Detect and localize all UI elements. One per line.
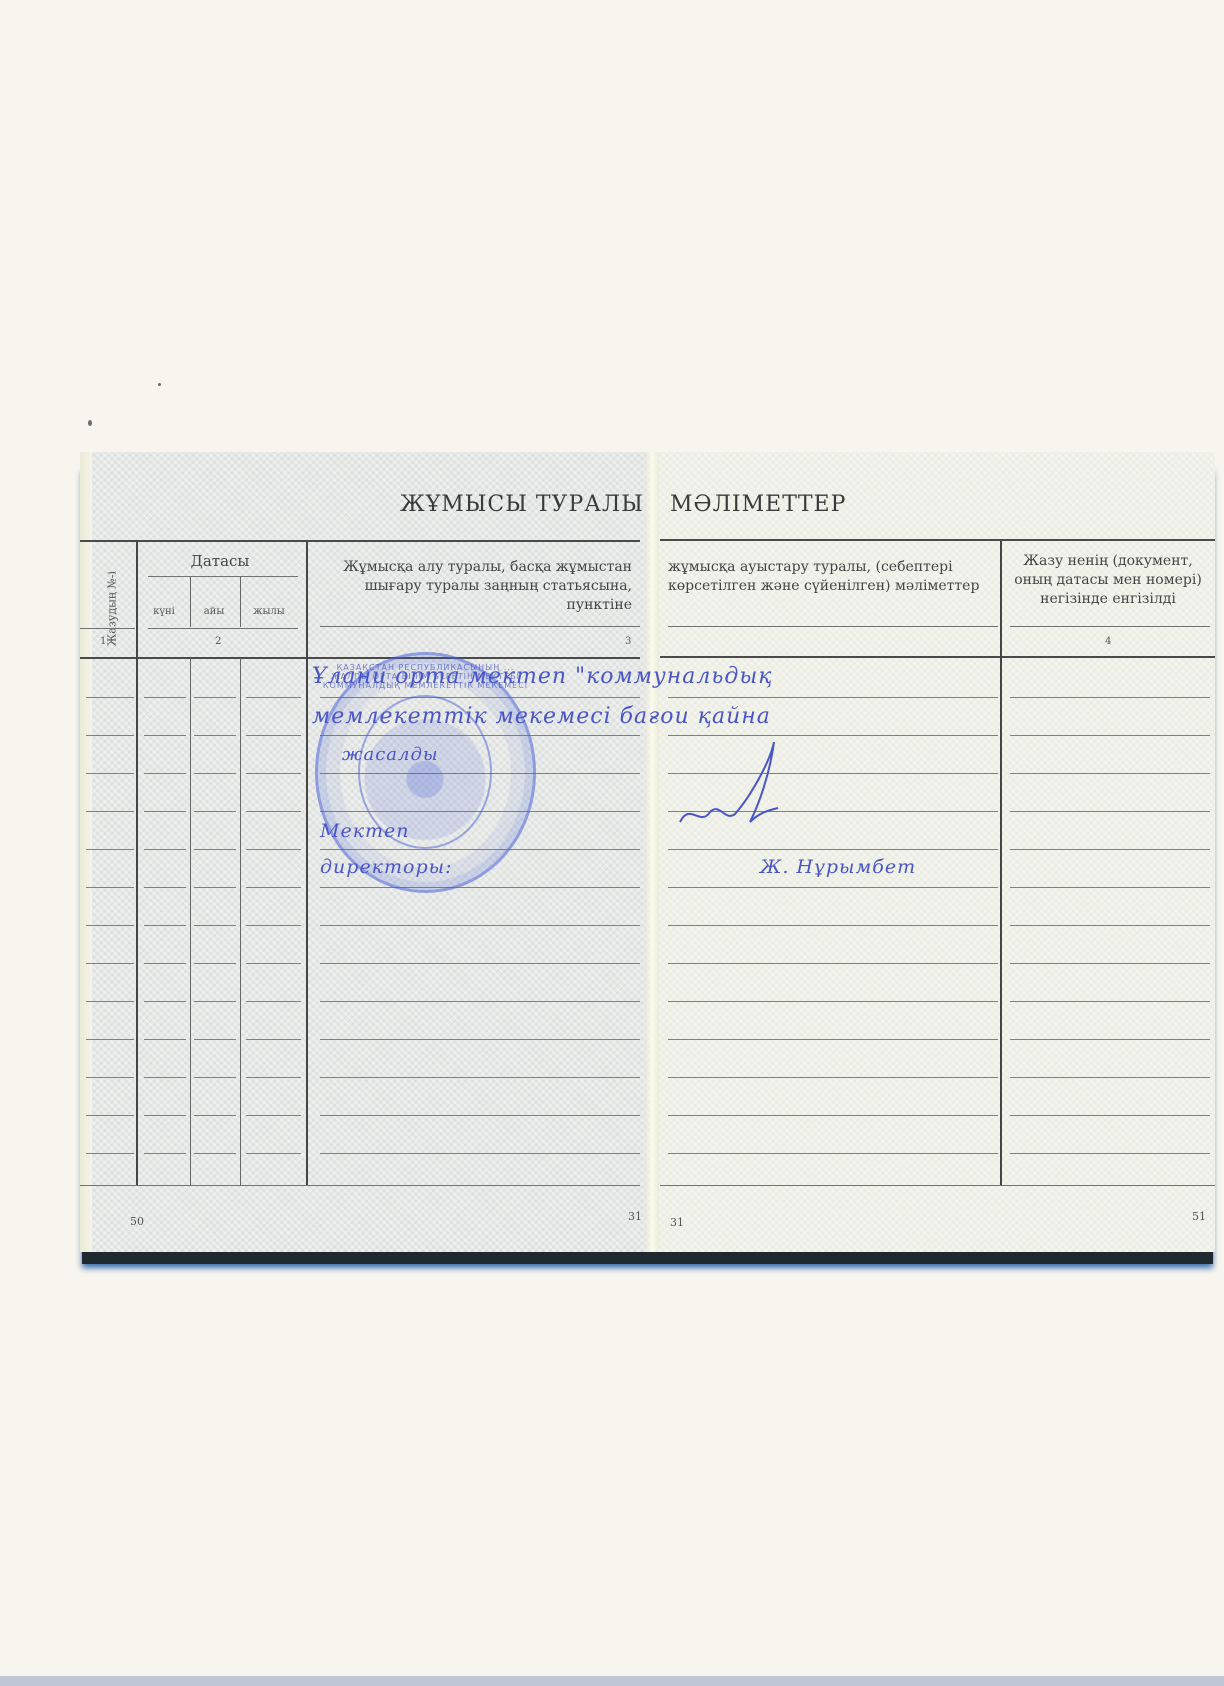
page-number-right-outer: 51 [1192,1210,1206,1223]
row-rule [1010,811,1210,812]
row-rule [144,735,186,736]
row-rule [86,1077,134,1078]
row-rule [246,1153,301,1154]
row-rule [86,735,134,736]
row-rule [1010,1153,1210,1154]
handwritten-line-2: мемлекеттік мекемесі бағои қайна [312,704,771,729]
row-rule [194,1039,236,1040]
row-rule [246,1001,301,1002]
row-rule [1010,1077,1210,1078]
colnum-1: 1 [100,636,106,647]
row-rule [86,1153,134,1154]
row-rule [246,811,301,812]
header-bottom-rule-right [660,656,1215,658]
handwritten-line-1: Ұлани орта мектеп "коммунальдық [312,664,773,689]
header-mid-rule [320,626,640,627]
row-rule [320,1077,640,1078]
row-rule [320,1153,640,1154]
row-rule [194,1115,236,1116]
col2-header: Датасы [140,552,300,571]
row-rule [246,1077,301,1078]
row-rule [320,1001,640,1002]
row-rule [144,811,186,812]
signature-icon [670,742,780,832]
row-rule [194,1001,236,1002]
scan-edge [0,1676,1224,1686]
row-rule [144,849,186,850]
row-rule [86,1001,134,1002]
row-rule [1010,1001,1210,1002]
row-rule [1010,849,1210,850]
header-mid-rule [80,628,135,629]
row-rule [1010,963,1210,964]
page-number-left-inner: 31 [628,1210,642,1223]
header-top-rule-left [80,540,640,542]
row-rule [194,887,236,888]
col2-year: жылы [240,602,298,621]
title-right: МӘЛІМЕТТЕР [670,492,846,517]
title-left: ЖҰМЫСЫ ТУРАЛЫ [400,492,644,517]
colnum-4: 4 [1105,636,1111,647]
row-rule [144,1039,186,1040]
header-bottom-rule-left [80,657,640,659]
row-rule [144,1115,186,1116]
row-rule [668,887,998,888]
row-rule [144,1077,186,1078]
colnum-3: 3 [625,636,631,647]
row-rule [86,811,134,812]
col4-header: Жазу ненің (документ, оның датасы мен но… [1008,552,1208,609]
header-top-rule-right [660,539,1215,541]
row-rule [668,1115,998,1116]
row-rule [320,925,640,926]
col2-month: айы [190,602,238,621]
row-rule [144,1153,186,1154]
scan-speck [158,383,161,386]
row-rule [1010,1115,1210,1116]
row-rule [194,1077,236,1078]
col3-header-right: жұмысқа ауыстару туралы, (себептері көрс… [668,558,988,596]
row-rule [246,773,301,774]
row-rule [668,925,998,926]
col2-day: күні [140,602,188,621]
page-number-right-inner: 31 [670,1216,684,1229]
row-rule [246,1039,301,1040]
row-rule [1010,735,1210,736]
row-rule [1010,925,1210,926]
page-number-left-outer: 50 [130,1215,144,1228]
date-day-divider [190,658,191,1185]
col-divider-1 [136,540,138,1185]
col3-header-left: Жұмысқа алу туралы, басқа жұмыстан шығар… [320,558,632,615]
row-rule [668,1153,998,1154]
date-divider [190,577,191,627]
row-rule [320,1039,640,1040]
row-rule [668,697,998,698]
row-rule [194,925,236,926]
header-mid-rule [148,628,298,629]
row-rule [86,887,134,888]
handwritten-line-5: директоры: [320,856,453,878]
col-divider-3 [1000,540,1002,1185]
row-rule [144,697,186,698]
row-rule [1010,1039,1210,1040]
row-rule [246,887,301,888]
row-rule [1010,697,1210,698]
table-bottom-rule [80,1185,640,1186]
row-rule [194,1153,236,1154]
row-rule [246,697,301,698]
row-rule [194,735,236,736]
row-rule [246,1115,301,1116]
row-rule [246,963,301,964]
date-month-divider [240,658,241,1185]
row-rule [668,1039,998,1040]
date-divider [240,577,241,627]
row-rule [668,849,998,850]
header-mid-rule [668,626,998,627]
row-rule [194,963,236,964]
colnum-2: 2 [215,636,221,647]
row-rule [86,849,134,850]
row-rule [246,849,301,850]
row-rule [86,925,134,926]
row-rule [668,1077,998,1078]
header-mid-rule [1010,626,1210,627]
row-rule [144,887,186,888]
table-bottom-rule [660,1185,1215,1186]
col-divider-2 [306,540,308,1185]
row-rule [194,811,236,812]
page-edge [80,452,92,1252]
row-rule [320,963,640,964]
row-rule [194,773,236,774]
row-rule [194,697,236,698]
handwritten-line-6: Ж. Нұрымбет [760,856,916,878]
row-rule [86,1115,134,1116]
row-rule [86,1039,134,1040]
row-rule [246,735,301,736]
col1-header: Жазудың №-і [106,569,119,649]
row-rule [246,925,301,926]
book-spine [645,452,659,1252]
row-rule [194,849,236,850]
row-rule [86,773,134,774]
row-rule [86,697,134,698]
handwritten-line-4: Мектеп [320,820,410,842]
row-rule [1010,773,1210,774]
row-rule [144,1001,186,1002]
row-rule [668,963,998,964]
row-rule [144,963,186,964]
row-rule [668,1001,998,1002]
row-rule [668,735,998,736]
scan-speck [88,420,92,426]
date-sub-rule [148,576,298,577]
row-rule [144,773,186,774]
row-rule [144,925,186,926]
row-rule [1010,887,1210,888]
row-rule [320,887,640,888]
work-record-book-spread: ЖҰМЫСЫ ТУРАЛЫ МӘЛІМЕТТЕР Жазудың №-і Дат… [80,452,1215,1252]
row-rule [320,1115,640,1116]
handwritten-line-3: жасалды [342,744,439,765]
row-rule [86,963,134,964]
